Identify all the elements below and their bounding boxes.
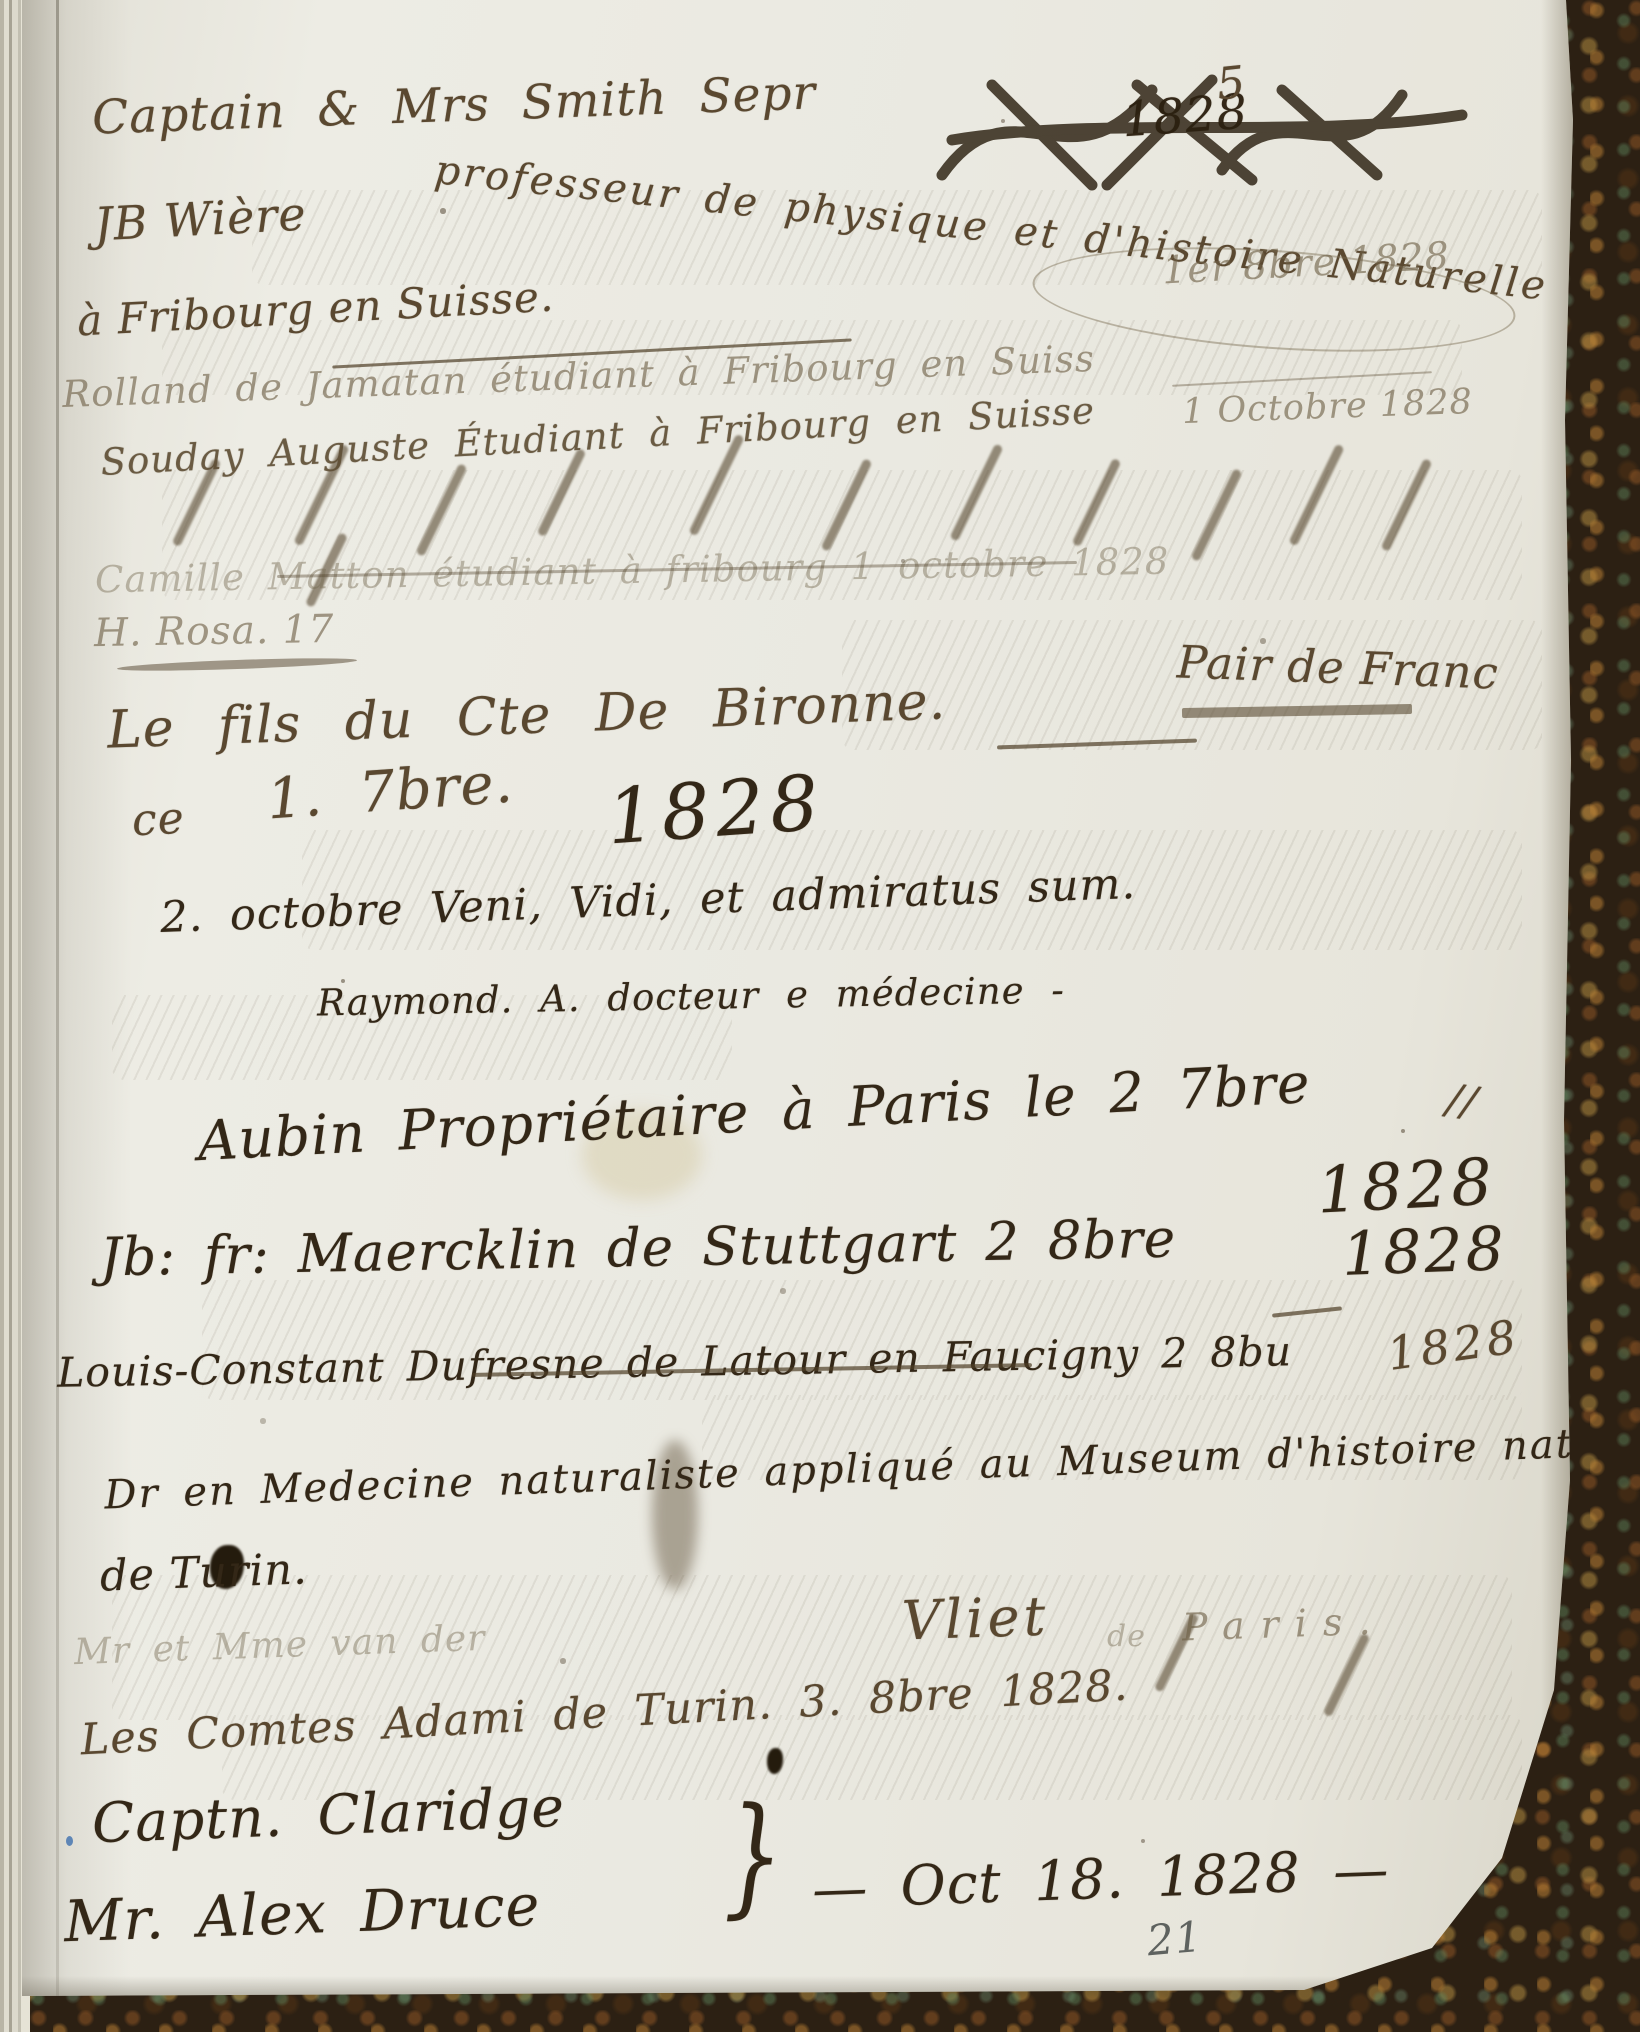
entry-raymond: Raymond. A. docteur e médecine - xyxy=(317,971,1065,1021)
entry-bironne: Le fils du Cte De Bironne. xyxy=(106,675,946,756)
overwritten-scribble xyxy=(922,45,1482,210)
entry-rosa: H. Rosa. 17 xyxy=(94,610,335,653)
entry-dufresne-place: de Turin. xyxy=(99,1548,308,1598)
entry-brace: } xyxy=(724,1790,784,1920)
foxing-specks xyxy=(22,0,24,2)
entry-souday-date: 1 Octobre 1828 xyxy=(1181,385,1473,430)
entry-maercklin-year: 1828 xyxy=(1341,1219,1508,1285)
entry-vliet-name: Vliet xyxy=(901,1589,1050,1648)
blue-ink-speck xyxy=(66,1836,73,1846)
page-bottom-shadow xyxy=(22,1976,1575,1998)
entry-claridge-date: — Oct 18. 1828 — xyxy=(811,1842,1390,1917)
entry-aubin-year: 1828 xyxy=(1315,1150,1497,1223)
entry-vliet-de: de xyxy=(1107,1622,1146,1652)
heavy-underline xyxy=(117,656,357,673)
scanned-manuscript: { "document": { "type": "handwritten vis… xyxy=(0,0,1640,2032)
binding-crease xyxy=(56,0,59,1998)
entry-bironne-title: Pair de Franc xyxy=(1176,639,1499,695)
entry-vliet-place: Paris. xyxy=(1181,1601,1387,1646)
page-number: 21 xyxy=(1145,1916,1204,1963)
entry-bironne-date-ce: ce xyxy=(131,797,186,844)
entry-captain-smith: Captain & Mrs Smith Sepr xyxy=(91,69,816,141)
manuscript-page: Captain & Mrs Smith Sepr 1828 5 JB Wière… xyxy=(22,0,1575,1998)
entry-maercklin: Jb: fr: Maercklin de Stuttgart 2 8bre xyxy=(100,1213,1177,1285)
entry-briere-name: JB Wière xyxy=(93,190,308,247)
entry-bironne-date-mid: 1. 7bre. xyxy=(265,755,515,828)
entry-aubin-slash: // xyxy=(1444,1078,1480,1124)
entry-claridge: Captn. Claridge xyxy=(91,1780,566,1851)
entry-druce: Mr. Alex Druce xyxy=(63,1878,541,1952)
entry-bironne-date-year: 1828 xyxy=(605,765,827,856)
